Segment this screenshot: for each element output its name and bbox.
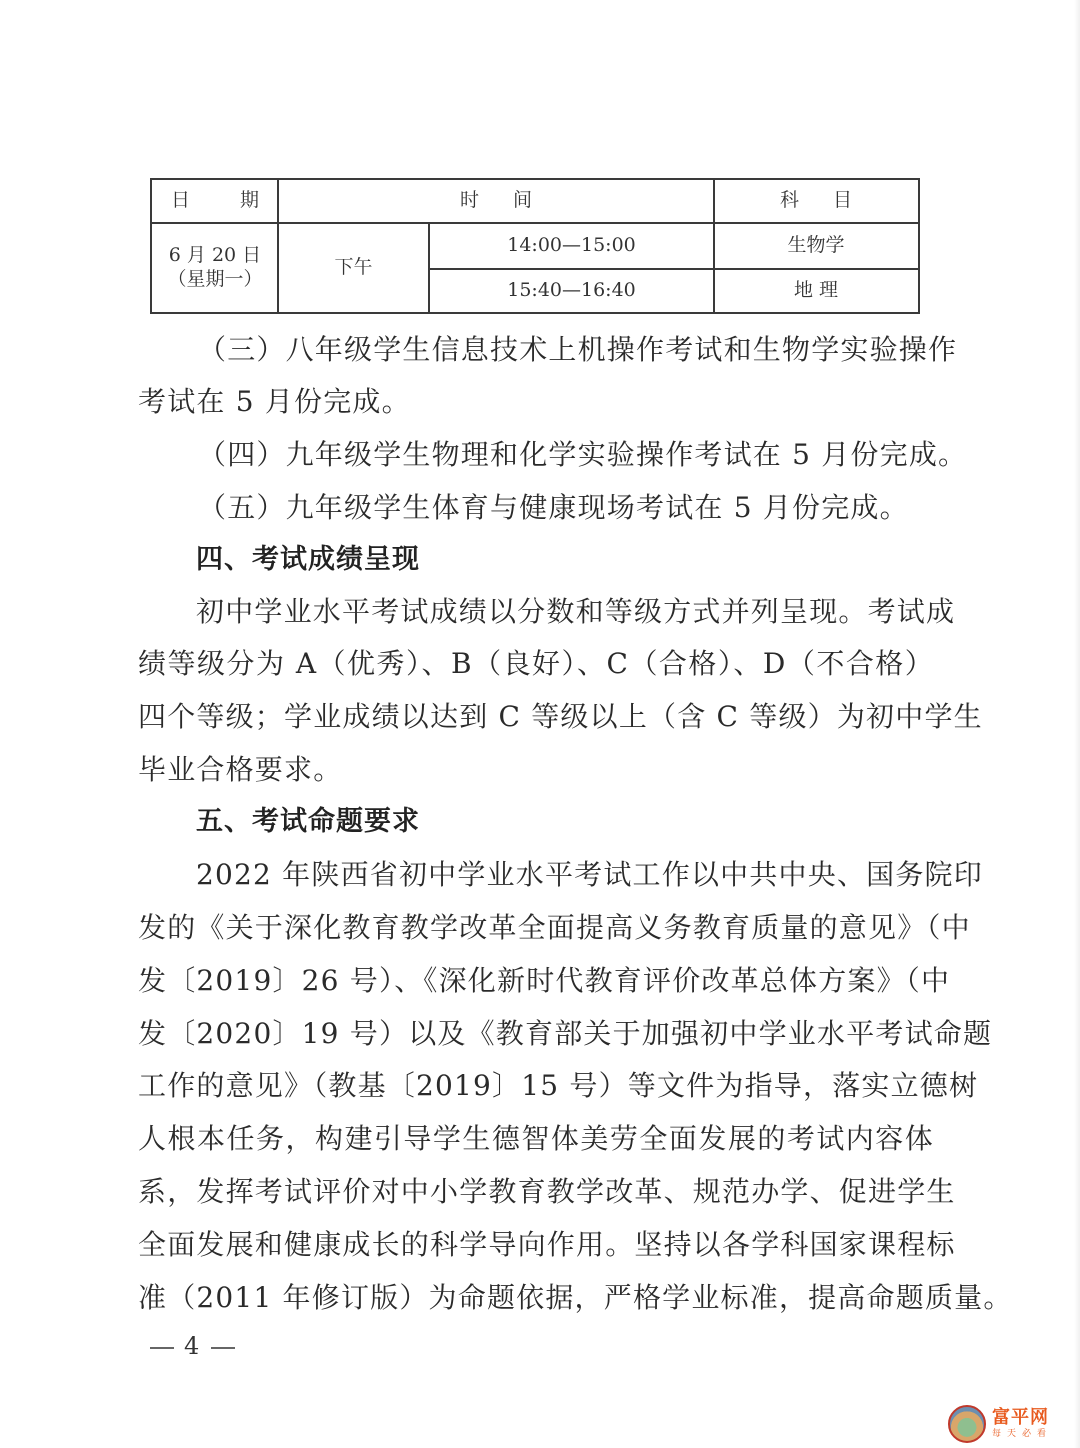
paragraph-line: 发的《关于深化教育教学改革全面提高义务教育质量的意见》（中 bbox=[138, 908, 934, 948]
paragraph-line: （三）八年级学生信息技术上机操作考试和生物学实验操作 bbox=[198, 330, 934, 370]
paragraph-line: 绩等级分为 A（优秀）、B（良好）、C（合格）、D（不合格） bbox=[138, 644, 934, 684]
header-date: 日 期 bbox=[152, 180, 278, 222]
paragraph-line: 四个等级；学业成绩以达到 C 等级以上（含 C 等级）为初中学生 bbox=[138, 697, 934, 737]
paragraph-line: 2022 年陕西省初中学业水平考试工作以中共中央、国务院印 bbox=[196, 855, 936, 895]
dash-right bbox=[211, 1347, 235, 1349]
paragraph-line: 考试在 5 月份完成。 bbox=[138, 382, 938, 422]
time-cell: 14:00—15:00 bbox=[429, 223, 714, 268]
pagoda-logo-icon bbox=[948, 1405, 986, 1443]
dash-left bbox=[150, 1347, 174, 1349]
time-cell: 15:40—16:40 bbox=[429, 269, 714, 312]
paragraph-line: 发〔2020〕19 号）以及《教育部关于加强初中学业水平考试命题 bbox=[138, 1014, 934, 1054]
header-subject: 科 目 bbox=[714, 180, 918, 222]
paragraph-line: 毕业合格要求。 bbox=[138, 750, 938, 790]
watermark-title: 富平网 bbox=[992, 1408, 1049, 1428]
section-heading: 四、考试成绩呈现 bbox=[196, 540, 496, 580]
subject-cell: 生物学 bbox=[714, 223, 918, 268]
section-heading: 五、考试命题要求 bbox=[196, 802, 496, 842]
header-time: 时 间 bbox=[278, 180, 714, 222]
period-cell: 下午 bbox=[278, 223, 429, 312]
paragraph-line: （五）九年级学生体育与健康现场考试在 5 月份完成。 bbox=[198, 488, 938, 528]
paragraph-line: 准（2011 年修订版）为命题依据，严格学业标准，提高命题质量。 bbox=[138, 1278, 934, 1318]
page-number: 4 bbox=[140, 1332, 245, 1360]
exam-schedule-table: 日 期 时 间 科 目 6 月 20 日 （星期一） 下午 14:00—15:0… bbox=[150, 178, 920, 314]
paragraph-line: 全面发展和健康成长的科学导向作用。坚持以各学科国家课程标 bbox=[138, 1225, 934, 1265]
paragraph-line: （四）九年级学生物理和化学实验操作考试在 5 月份完成。 bbox=[198, 435, 924, 475]
weekday-text: （星期一） bbox=[167, 268, 262, 292]
paragraph-line: 初中学业水平考试成绩以分数和等级方式并列呈现。考试成 bbox=[196, 592, 936, 632]
watermark-subtitle: 每天必看 bbox=[992, 1428, 1052, 1440]
date-text: 6 月 20 日 bbox=[169, 244, 261, 268]
paragraph-line: 工作的意见》（教基〔2019〕15 号）等文件为指导，落实立德树 bbox=[138, 1066, 934, 1106]
paragraph-line: 系，发挥考试评价对中小学教育教学改革、规范办学、促进学生 bbox=[138, 1172, 934, 1212]
paragraph-line: 人根本任务，构建引导学生德智体美劳全面发展的考试内容体 bbox=[138, 1119, 934, 1159]
watermark: 富平网 每天必看 bbox=[948, 1402, 1076, 1446]
subject-cell: 地 理 bbox=[714, 269, 918, 312]
scan-edge bbox=[1074, 0, 1080, 1448]
paragraph-line: 发〔2019〕26 号）、《深化新时代教育评价改革总体方案》（中 bbox=[138, 961, 934, 1001]
date-cell: 6 月 20 日 （星期一） bbox=[152, 223, 278, 312]
document-page: 日 期 时 间 科 目 6 月 20 日 （星期一） 下午 14:00—15:0… bbox=[0, 0, 1080, 1448]
